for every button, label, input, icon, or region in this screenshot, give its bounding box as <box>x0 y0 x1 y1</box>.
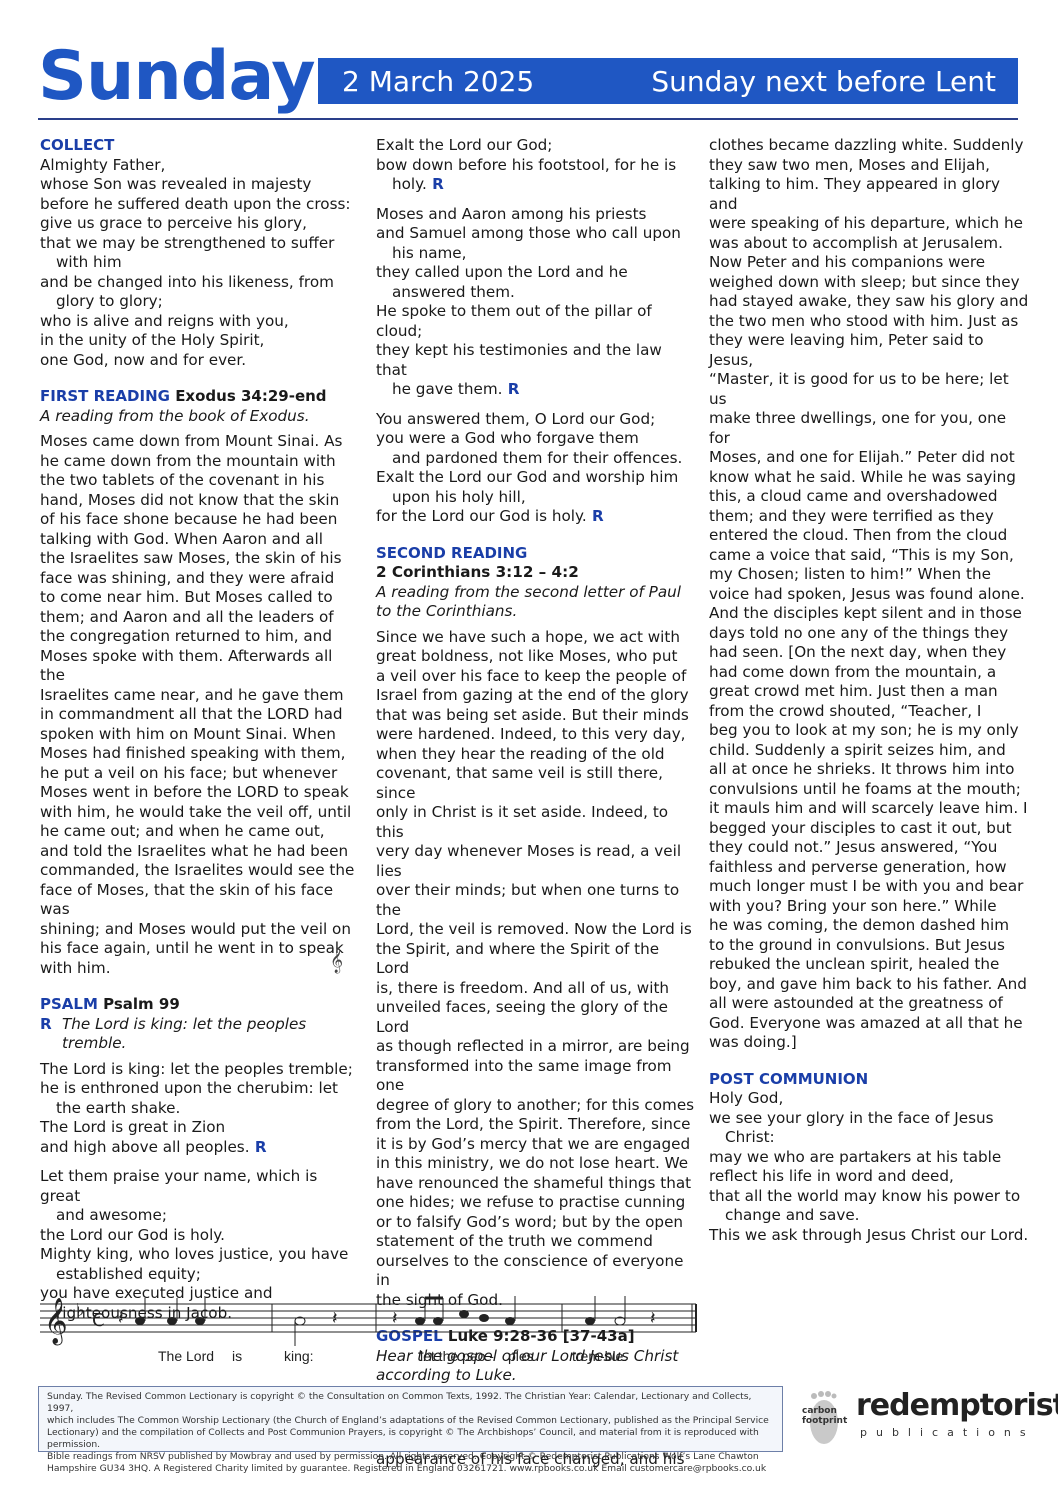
first-reading-text: Moses came down from Mount Sinai. Ashe c… <box>40 432 360 978</box>
text-line: they called upon the Lord and he <box>376 263 696 283</box>
text-line: were speaking of his departure, which he <box>709 214 1029 234</box>
text-line: the Israelites saw Moses, the skin of hi… <box>40 549 360 569</box>
psalm-section: PSALM Psalm 99 R The Lord is king: let t… <box>40 995 360 1323</box>
text-line: The Lord is great in Zion <box>40 1118 360 1138</box>
text-line: may we who are partakers at his table <box>709 1148 1029 1168</box>
text-line: for the Lord our God is holy. R <box>376 507 696 527</box>
text-line: Now Peter and his companions were <box>709 253 1029 273</box>
text-line: established equity; <box>40 1265 360 1285</box>
text-line: with him, he would take the veil off, un… <box>40 803 360 823</box>
text-line: had seen. [On the next day, when they <box>709 643 1029 663</box>
text-line: to the ground in convulsions. But Jesus <box>709 936 1029 956</box>
gospel-text-part-2: clothes became dazzling white. Suddenlyt… <box>709 136 1029 1053</box>
text-line: know what he said. While he was saying <box>709 468 1029 488</box>
lyric-syllable: is <box>232 1348 242 1364</box>
psalm-stanza-3: Exalt the Lord our God;bow down before h… <box>376 136 696 195</box>
text-line: were hardened. Indeed, to this very day, <box>376 725 696 745</box>
text-line: great crowd met him. Just then a man <box>709 682 1029 702</box>
text-line: glory to glory; <box>40 292 360 312</box>
text-line: the two tablets of the covenant in his <box>40 471 360 491</box>
column-3: clothes became dazzling white. Suddenlyt… <box>709 136 1029 1245</box>
text-line: and be changed into his likeness, from <box>40 273 360 293</box>
text-line: we see your glory in the face of Jesus <box>709 1109 1029 1129</box>
text-line: make three dwellings, one for you, one f… <box>709 409 1029 448</box>
text-line: ourselves to the conscience of everyone … <box>376 1252 696 1291</box>
lyric-syllable: king: <box>284 1348 314 1364</box>
text-line: entered the cloud. Then from the cloud <box>709 526 1029 546</box>
publications-label: publications <box>860 1426 1035 1439</box>
text-line: And the disciples kept silent and in tho… <box>709 604 1029 624</box>
text-line: all were astounded at the greatness of <box>709 994 1029 1014</box>
text-line: bow down before his footstool, for he is <box>376 156 696 176</box>
text-line: is, there is freedom. And all of us, wit… <box>376 979 696 999</box>
staff-notation-icon: 𝄞 ♭ C 𝄽 𝄽 𝄽 𝄽 <box>40 1290 700 1346</box>
psalm-stanza-1: The Lord is king: let the peoples trembl… <box>40 1060 360 1158</box>
text-line: a veil over his face to keep the people … <box>376 667 696 687</box>
text-line: and awesome; <box>40 1206 360 1226</box>
second-reading-reference: 2 Corinthians 3:12 – 4:2 <box>376 563 696 583</box>
first-reading-intro: A reading from the book of Exodus. <box>40 407 360 427</box>
psalm-stanza-4: Moses and Aaron among his priestsand Sam… <box>376 205 696 400</box>
text-line: give us grace to perceive his glory, <box>40 214 360 234</box>
text-line: one hides; we refuse to practise cunning <box>376 1193 696 1213</box>
text-line: you were a God who forgave them <box>376 429 696 449</box>
text-line: face of Moses, that the skin of his face… <box>40 881 360 920</box>
redemptorist-logo: redemptorist <box>856 1388 1058 1423</box>
text-line: Lectionary) and the compilation of Colle… <box>47 1427 774 1451</box>
text-line: and Samuel among those who call upon <box>376 224 696 244</box>
treble-clef-icon: 𝄞 <box>330 948 343 973</box>
text-line: Moses and Aaron among his priests <box>376 205 696 225</box>
text-line: his face again, until he went in to spea… <box>40 939 360 959</box>
text-line: “Master, it is good for us to be here; l… <box>709 370 1029 409</box>
post-communion-text: Holy God,we see your glory in the face o… <box>709 1089 1029 1245</box>
text-line: Exalt the Lord our God and worship him <box>376 468 696 488</box>
collect-section: COLLECT Almighty Father,whose Son was re… <box>40 136 360 370</box>
text-line: in this ministry, we do not lose heart. … <box>376 1154 696 1174</box>
text-line: over their minds; but when one turns to … <box>376 881 696 920</box>
text-line: the congregation returned to him, and <box>40 627 360 647</box>
response-marker: R <box>250 1138 267 1156</box>
text-line: from the crowd shouted, “Teacher, I <box>709 702 1029 722</box>
svg-text:𝄽: 𝄽 <box>650 1308 656 1329</box>
text-line: that we may be strengthened to suffer <box>40 234 360 254</box>
psalm-response: R The Lord is king: let the peoples trem… <box>40 1015 360 1054</box>
header-rule <box>38 118 1018 120</box>
svg-text:C: C <box>92 1310 105 1331</box>
text-line: or to falsify God’s word; but by the ope… <box>376 1213 696 1233</box>
psalm-reference: Psalm 99 <box>103 995 180 1013</box>
text-line: only in Christ is it set aside. Indeed, … <box>376 803 696 842</box>
text-line: came a voice that said, “This is my Son, <box>709 546 1029 566</box>
collect-text: Almighty Father,whose Son was revealed i… <box>40 156 360 371</box>
text-line: voice had spoken, Jesus was found alone. <box>709 585 1029 605</box>
text-line: Israel from gazing at the end of the glo… <box>376 686 696 706</box>
text-line: change and save. <box>709 1206 1029 1226</box>
text-line: and pardoned them for their offences. <box>376 449 696 469</box>
text-line: Almighty Father, <box>40 156 360 176</box>
column-2: Exalt the Lord our God;bow down before h… <box>376 136 696 1470</box>
svg-text:𝄞: 𝄞 <box>44 1298 68 1346</box>
text-line: to come near him. But Moses called to <box>40 588 360 608</box>
svg-text:♭: ♭ <box>76 1300 85 1321</box>
response-marker: R <box>587 507 604 525</box>
text-line: Let them praise your name, which is grea… <box>40 1167 360 1206</box>
text-line: with him. <box>40 959 360 979</box>
response-marker: R <box>502 380 519 398</box>
psalm-heading: PSALM <box>40 995 98 1013</box>
response-marker: R <box>40 1015 62 1054</box>
text-line: Sunday. The Revised Common Lectionary is… <box>47 1391 774 1415</box>
text-line: The Lord is king: let the peoples trembl… <box>40 1060 360 1080</box>
text-line: faithless and perverse generation, how <box>709 858 1029 878</box>
second-reading-heading: SECOND READING <box>376 544 696 564</box>
text-line: weighed down with sleep; but since they <box>709 273 1029 293</box>
text-line: upon his holy hill, <box>376 488 696 508</box>
text-line: Lord, the veil is removed. Now the Lord … <box>376 920 696 940</box>
text-line: in the unity of the Holy Spirit, <box>40 331 360 351</box>
text-line: Holy God, <box>709 1089 1029 1109</box>
text-line: that all the world may know his power to <box>709 1187 1029 1207</box>
page-header: Sunday 2 March 2025 Sunday next before L… <box>38 38 1018 118</box>
text-line: You answered them, O Lord our God; <box>376 410 696 430</box>
text-line: they were leaving him, Peter said to Jes… <box>709 331 1029 370</box>
text-line: Moses spoke with them. Afterwards all th… <box>40 647 360 686</box>
text-line: convulsions until he foams at the mouth; <box>709 780 1029 800</box>
date-band: 2 March 2025 Sunday next before Lent <box>318 58 1018 104</box>
text-line: unveiled faces, seeing the glory of the … <box>376 998 696 1037</box>
text-line: This we ask through Jesus Christ our Lor… <box>709 1226 1029 1246</box>
text-line: Moses, and one for Elijah.” Peter did no… <box>709 448 1029 468</box>
text-line: and high above all peoples. R <box>40 1138 360 1158</box>
second-reading-section: SECOND READING 2 Corinthians 3:12 – 4:2 … <box>376 544 696 1311</box>
text-line: the Spirit, and where the Spirit of the … <box>376 940 696 979</box>
text-line: child. Suddenly a spirit seizes him, and <box>709 741 1029 761</box>
text-line: they could not.” Jesus answered, “You <box>709 838 1029 858</box>
text-line: of his face shone because he had been <box>40 510 360 530</box>
text-line: he came down from the mountain with <box>40 452 360 472</box>
text-line: talking to him. They appeared in glory a… <box>709 175 1029 214</box>
first-reading-reference: Exodus 34:29-end <box>175 387 326 405</box>
text-line: holy. R <box>376 175 696 195</box>
text-line: Bible readings from NRSV published by Mo… <box>47 1451 774 1463</box>
text-line: God. Everyone was amazed at all that he <box>709 1014 1029 1034</box>
text-line: this, a cloud came and overshadowed <box>709 487 1029 507</box>
post-communion-heading: POST COMMUNION <box>709 1070 1029 1090</box>
text-line: very day whenever Moses is read, a veil … <box>376 842 696 881</box>
text-line: them; and they were terrified as they <box>709 507 1029 527</box>
svg-text:𝄽: 𝄽 <box>392 1308 398 1329</box>
text-line: had come down from the mountain, a <box>709 663 1029 683</box>
text-line: had stayed awake, they saw his glory and <box>709 292 1029 312</box>
copyright-notice: Sunday. The Revised Common Lectionary is… <box>38 1386 783 1452</box>
text-line: they saw two men, Moses and Elijah, <box>709 156 1029 176</box>
second-reading-text: Since we have such a hope, we act withgr… <box>376 628 696 1311</box>
text-line: the two men who stood with him. Just as <box>709 312 1029 332</box>
text-line: begged your disciples to cast it out, bu… <box>709 819 1029 839</box>
collect-heading: COLLECT <box>40 136 360 156</box>
text-line: that was being set aside. But their mind… <box>376 706 696 726</box>
text-line: Moses came down from Mount Sinai. As <box>40 432 360 452</box>
text-line: it is by God’s mercy that we are engaged <box>376 1135 696 1155</box>
psalm-stanza-5: You answered them, O Lord our God;you we… <box>376 410 696 527</box>
text-line: it mauls him and will scarcely leave him… <box>709 799 1029 819</box>
text-line: commanded, the Israelites would see the <box>40 861 360 881</box>
text-line: degree of glory to another; for this com… <box>376 1096 696 1116</box>
text-line: and told the Israelites what he had been <box>40 842 360 862</box>
text-line: face was shining, and they were afraid <box>40 569 360 589</box>
text-line: which includes The Common Worship Lectio… <box>47 1415 774 1427</box>
text-line: have renounced the shameful things that <box>376 1174 696 1194</box>
text-line: in commandment all that the LORD had <box>40 705 360 725</box>
first-reading-section: FIRST READING Exodus 34:29-end A reading… <box>40 387 360 978</box>
text-line: talking with God. When Aaron and all <box>40 530 360 550</box>
text-line: was about to accomplish at Jerusalem. <box>709 234 1029 254</box>
text-line: hand, Moses did not know that the skin <box>40 491 360 511</box>
text-line: Hampshire GU34 3HQ. A Registered Charity… <box>47 1463 774 1475</box>
text-line: covenant, that same veil is still there,… <box>376 764 696 803</box>
response-marker: R <box>427 175 444 193</box>
post-communion-section: POST COMMUNION Holy God,we see your glor… <box>709 1070 1029 1246</box>
text-line: Exalt the Lord our God; <box>376 136 696 156</box>
text-line: statement of the truth we commend <box>376 1232 696 1252</box>
text-line: clothes became dazzling white. Suddenly <box>709 136 1029 156</box>
text-line: beg you to look at my son; he is my only <box>709 721 1029 741</box>
text-line: rebuked the unclean spirit, healed the <box>709 955 1029 975</box>
occasion-text: Sunday next before Lent <box>651 65 996 98</box>
text-line: answered them. <box>376 283 696 303</box>
text-line: the earth shake. <box>40 1099 360 1119</box>
text-line: one God, now and for ever. <box>40 351 360 371</box>
music-staff: 𝄞 ♭ C 𝄽 𝄽 𝄽 𝄽 The Lord is king: let the … <box>40 1290 700 1370</box>
text-line: Moses went in before the LORD to speak <box>40 783 360 803</box>
text-line: when they hear the reading of the old <box>376 745 696 765</box>
text-line: my Chosen; listen to him!” When the <box>709 565 1029 585</box>
lyric-syllable: The Lord <box>158 1348 214 1364</box>
text-line: whose Son was revealed in majesty <box>40 175 360 195</box>
text-line: Since we have such a hope, we act with <box>376 628 696 648</box>
day-title: Sunday <box>38 32 315 122</box>
text-line: his name, <box>376 244 696 264</box>
lyric-syllable: trem-ble. <box>572 1348 627 1364</box>
text-line: Israelites came near, and he gave them <box>40 686 360 706</box>
svg-text:𝄽: 𝄽 <box>118 1308 124 1329</box>
text-line: Mighty king, who loves justice, you have <box>40 1245 360 1265</box>
carbon-footprint-logo: carbon footprint <box>800 1390 848 1442</box>
text-line: all at once he shrieks. It throws him in… <box>709 760 1029 780</box>
text-line: as though reflected in a mirror, are bei… <box>376 1037 696 1057</box>
publisher-logos: carbon footprint redemptorist publicatio… <box>800 1386 1030 1446</box>
text-line: who is alive and reigns with you, <box>40 312 360 332</box>
text-line: days told no one any of the things they <box>709 624 1029 644</box>
text-line: reflect his life in word and deed, <box>709 1167 1029 1187</box>
text-line: he is enthroned upon the cherubim: let <box>40 1079 360 1099</box>
text-line: shining; and Moses would put the veil on <box>40 920 360 940</box>
text-line: great boldness, not like Moses, who put <box>376 647 696 667</box>
text-line: spoken with him on Mount Sinai. When <box>40 725 360 745</box>
text-line: Moses had finished speaking with them, <box>40 744 360 764</box>
lyric-syllable: ples <box>508 1348 534 1364</box>
text-line: transformed into the same image from one <box>376 1057 696 1096</box>
text-line: them; and Aaron and all the leaders of <box>40 608 360 628</box>
first-reading-heading: FIRST READING <box>40 387 170 405</box>
text-line: before he suffered death upon the cross: <box>40 195 360 215</box>
text-line: he gave them. R <box>376 380 696 400</box>
text-line: from the Lord, the Spirit. Therefore, si… <box>376 1115 696 1135</box>
text-line: with you? Bring your son here.” While <box>709 897 1029 917</box>
text-line: much longer must I be with you and bear <box>709 877 1029 897</box>
text-line: with him <box>40 253 360 273</box>
text-line: boy, and gave him back to his father. An… <box>709 975 1029 995</box>
text-line: he put a veil on his face; but whenever <box>40 764 360 784</box>
text-line: they kept his testimonies and the law th… <box>376 341 696 380</box>
svg-text:𝄽: 𝄽 <box>332 1308 338 1329</box>
text-line: was doing.] <box>709 1033 1029 1053</box>
text-line: he came out; and when he came out, <box>40 822 360 842</box>
text-line: the Lord our God is holy. <box>40 1226 360 1246</box>
text-line: He spoke to them out of the pillar of cl… <box>376 302 696 341</box>
date-text: 2 March 2025 <box>342 65 534 98</box>
column-1: COLLECT Almighty Father,whose Son was re… <box>40 136 360 1323</box>
text-line: he was coming, the demon dashed him <box>709 916 1029 936</box>
lyric-syllable: let the peo - <box>420 1348 494 1364</box>
text-line: Christ: <box>709 1128 1029 1148</box>
